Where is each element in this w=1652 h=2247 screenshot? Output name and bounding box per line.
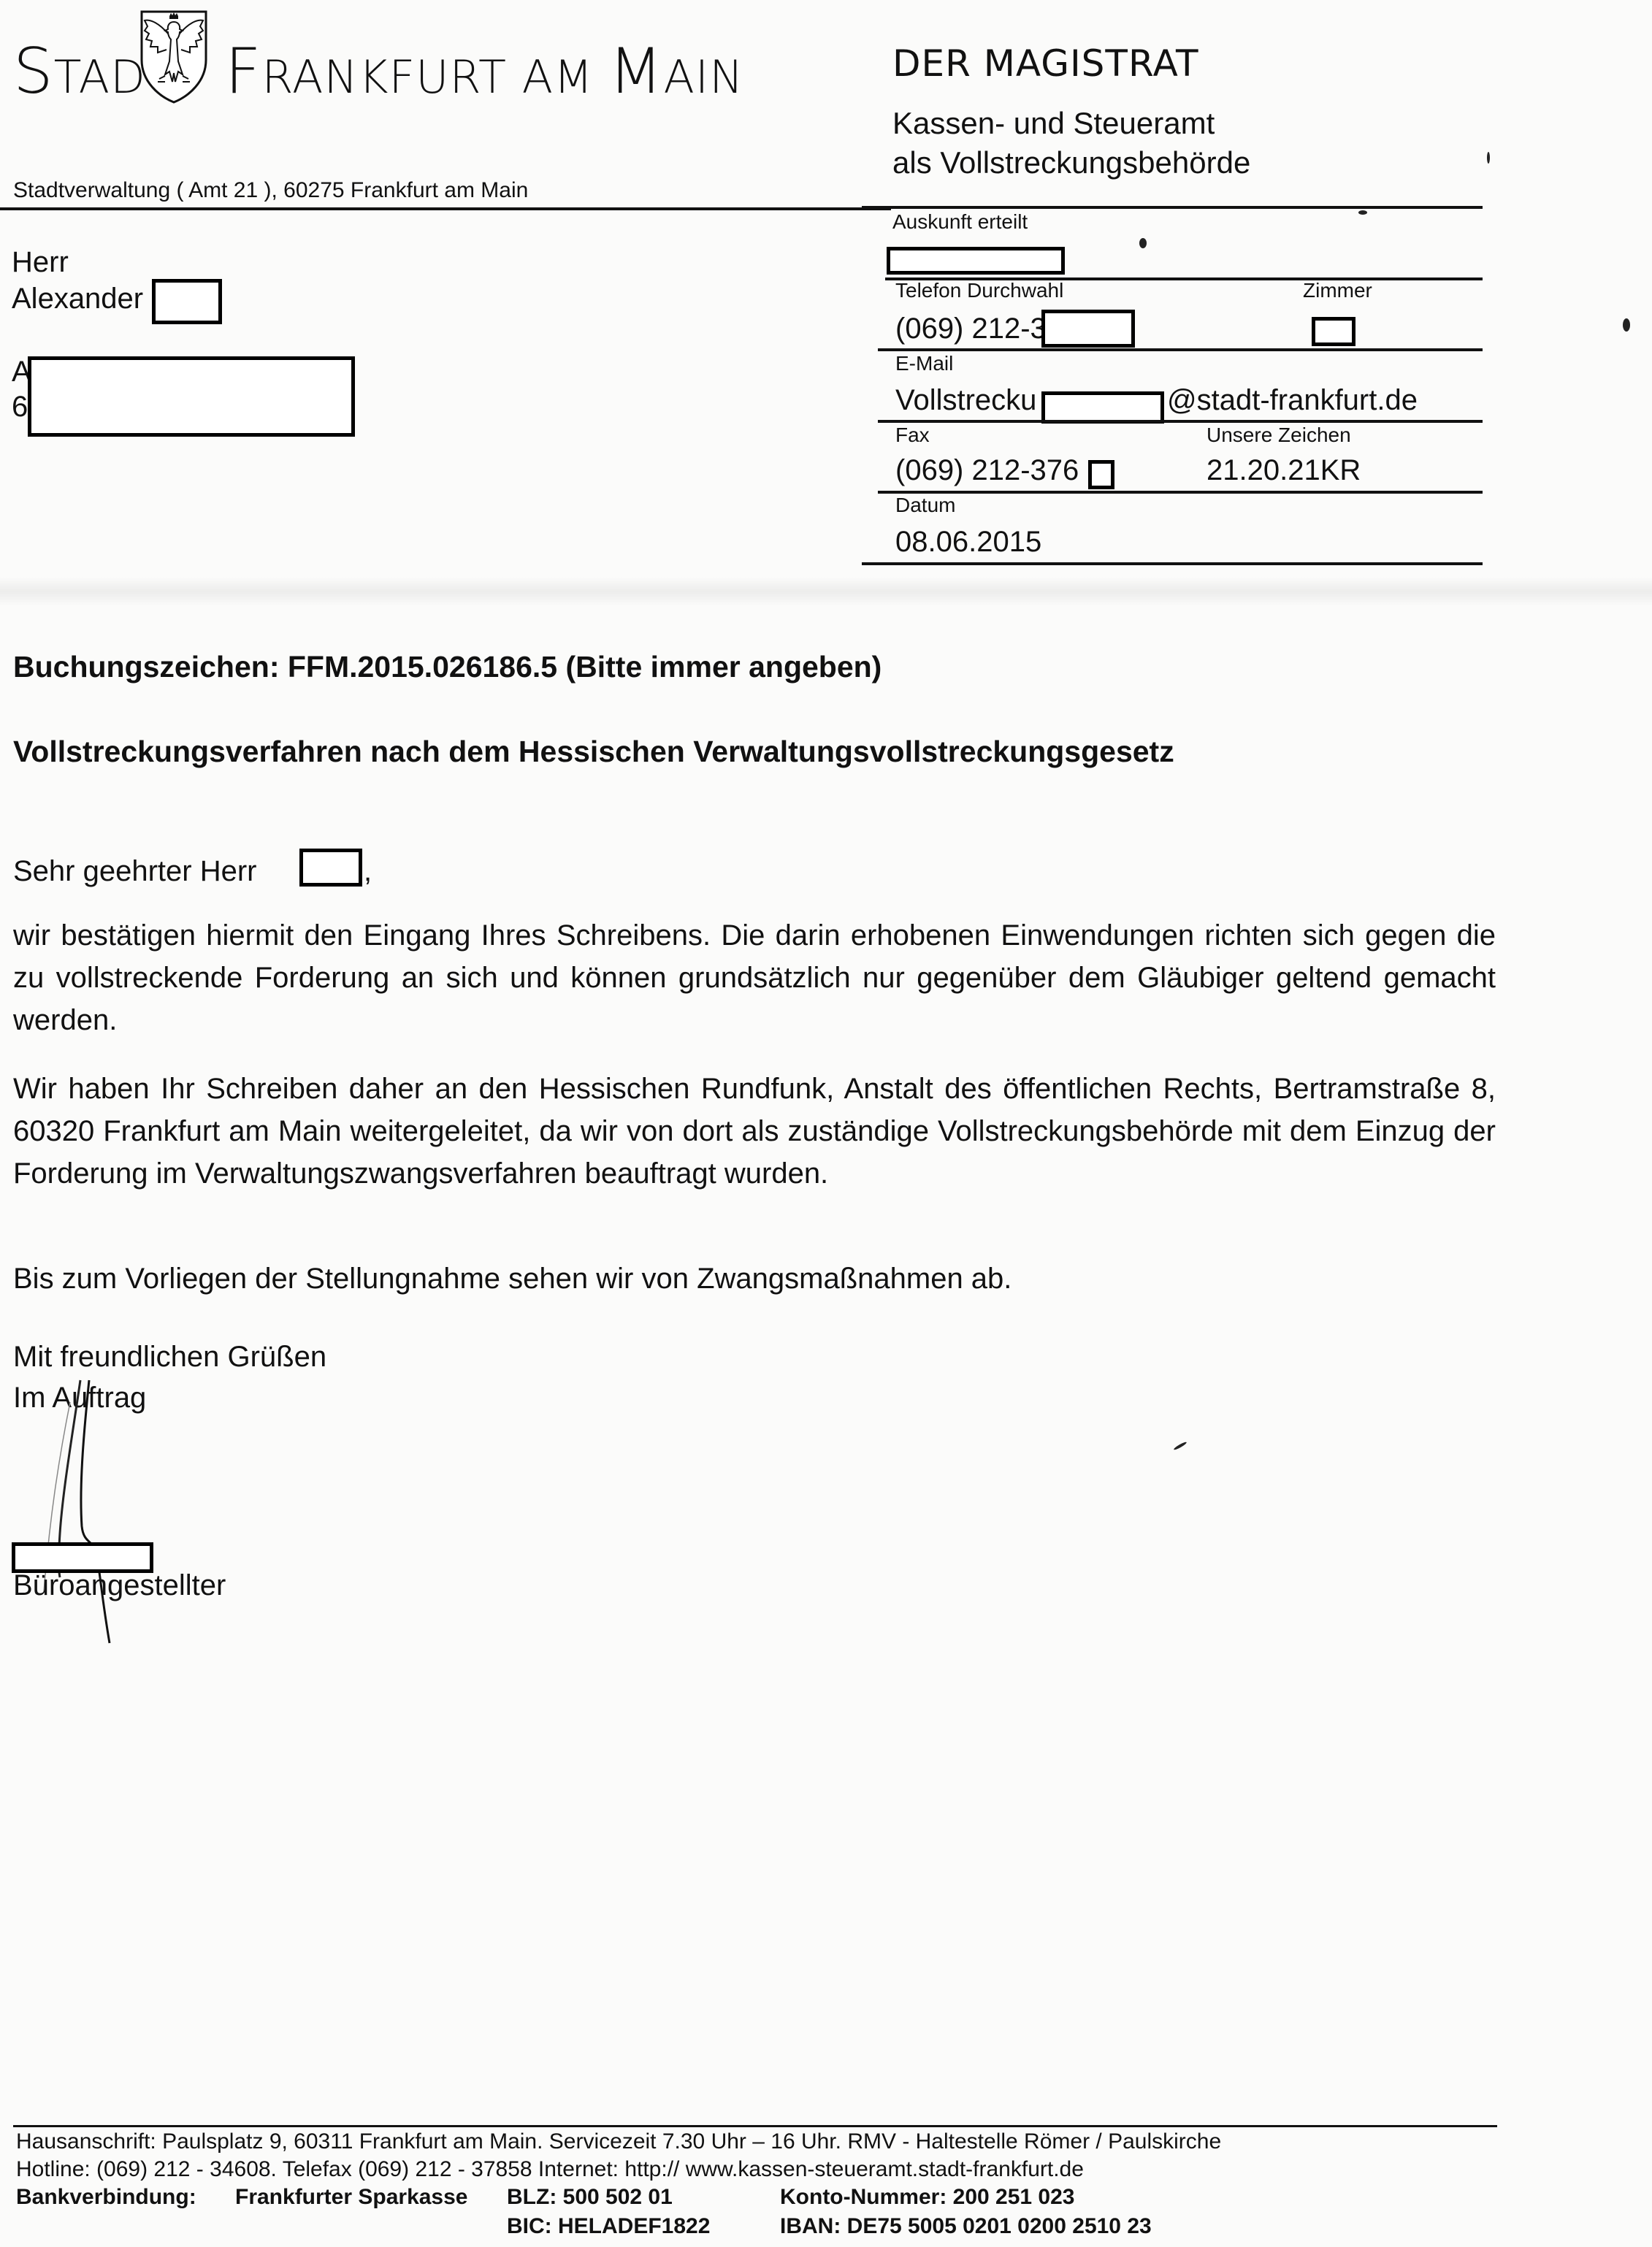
footer-bic: BIC: HELADEF1822 [507, 2213, 710, 2240]
signer-title: Büroangestellter [13, 1567, 226, 1604]
redacted-fax-extension [1088, 460, 1114, 489]
footer-account-number: Konto-Nummer: 200 251 023 [780, 2183, 1074, 2211]
redacted-greeting-surname [299, 849, 362, 887]
office-name: Kassen- und Steueramt als Vollstreckungs… [892, 104, 1250, 183]
scan-speck [1487, 152, 1490, 164]
scan-speck [1173, 1441, 1187, 1450]
fax-value: (069) 212-376 [895, 454, 1079, 487]
logo-initial-m: M [608, 35, 663, 108]
bank-label: Bankverbindung: [16, 2185, 196, 2209]
footer-bank-label: Bankverbindung: [16, 2183, 196, 2211]
info-divider-3 [878, 420, 1483, 423]
recipient-address: Herr Alexander [12, 244, 143, 317]
greeting-text: Sehr geehrter Herr [13, 855, 256, 887]
office-line-2: als Vollstreckungsbehörde [892, 143, 1250, 183]
header-divider-left [0, 207, 891, 210]
footer-address-line: Hausanschrift: Paulsplatz 9, 60311 Frank… [16, 2128, 1221, 2156]
footer-blz: BLZ: 500 502 01 [507, 2183, 673, 2211]
redacted-room-number [1312, 317, 1355, 346]
recipient-salutation: Herr [12, 244, 143, 280]
logo-rest-ain: AIN [664, 50, 744, 104]
info-divider-top [862, 206, 1483, 209]
paragraph-forwarding: Wir haben Ihr Schreiben daher an den Hes… [13, 1068, 1496, 1195]
logo-rest-rankfurt: RANKFURT AM [261, 50, 608, 104]
footer-bank-name: Frankfurter Sparkasse [235, 2183, 468, 2211]
greeting: Sehr geehrter Herr [13, 850, 256, 892]
fax-label: Fax [895, 424, 930, 447]
email-prefix: Vollstrecku [895, 384, 1036, 417]
logo-initial-s: S [13, 35, 54, 108]
info-divider-bottom [862, 562, 1483, 565]
redacted-recipient-address [28, 356, 355, 437]
redacted-contact-person [887, 247, 1065, 275]
scan-speck [1623, 318, 1630, 332]
date-value: 08.06.2015 [895, 526, 1041, 559]
info-divider-4 [878, 491, 1483, 494]
paper-fold-shadow [0, 577, 1652, 606]
booking-reference: Buchungszeichen: FFM.2015.026186.5 (Bitt… [13, 650, 882, 684]
scan-speck [1139, 238, 1147, 248]
logo-initial-f: F [225, 35, 261, 108]
sender-return-address: Stadtverwaltung ( Amt 21 ), 60275 Frankf… [13, 178, 528, 203]
reference-label: Unsere Zeichen [1207, 424, 1351, 447]
room-label: Zimmer [1303, 279, 1372, 302]
recipient-zip-line: 6 [12, 388, 28, 425]
phone-value: (069) 212-3 [895, 313, 1047, 345]
redacted-recipient-surname [152, 279, 222, 324]
footer-divider [13, 2125, 1497, 2127]
recipient-first-name: Alexander [12, 280, 143, 317]
handwritten-signature-icon [29, 1373, 146, 1650]
redacted-phone-extension [1041, 310, 1135, 348]
footer-iban: IBAN: DE75 5005 0201 0200 2510 23 [780, 2213, 1152, 2240]
greeting-comma: , [364, 850, 372, 892]
email-domain: @stadt-frankfurt.de [1167, 384, 1418, 417]
paragraph-enforcement-pause: Bis zum Vorliegen der Stellungnahme sehe… [13, 1258, 1496, 1300]
phone-label: Telefon Durchwahl [895, 279, 1063, 302]
redacted-email-local-part [1041, 391, 1164, 424]
scan-speck [1358, 210, 1367, 215]
office-line-1: Kassen- und Steueramt [892, 104, 1250, 143]
city-logo-frankfurt: FRANKFURT AM MAIN [225, 35, 744, 108]
date-label: Datum [895, 494, 955, 517]
footer-block: Hausanschrift: Paulsplatz 9, 60311 Frank… [16, 2128, 1221, 2183]
subject-title: Vollstreckungsverfahren nach dem Hessisc… [13, 735, 1174, 769]
reference-value: 21.20.21KR [1207, 454, 1361, 487]
email-label: E-Mail [895, 352, 953, 375]
info-divider-2 [878, 348, 1483, 351]
authority-title: DER MAGISTRAT [892, 42, 1199, 85]
paragraph-acknowledgement: wir bestätigen hiermit den Eingang Ihres… [13, 914, 1496, 1041]
closing-regards: Mit freundlichen Grüßen [13, 1336, 326, 1377]
frankfurt-eagle-crest-icon [137, 9, 210, 104]
contact-label: Auskunft erteilt [892, 210, 1028, 234]
footer-contact-line: Hotline: (069) 212 - 34608. Telefax (069… [16, 2156, 1221, 2183]
